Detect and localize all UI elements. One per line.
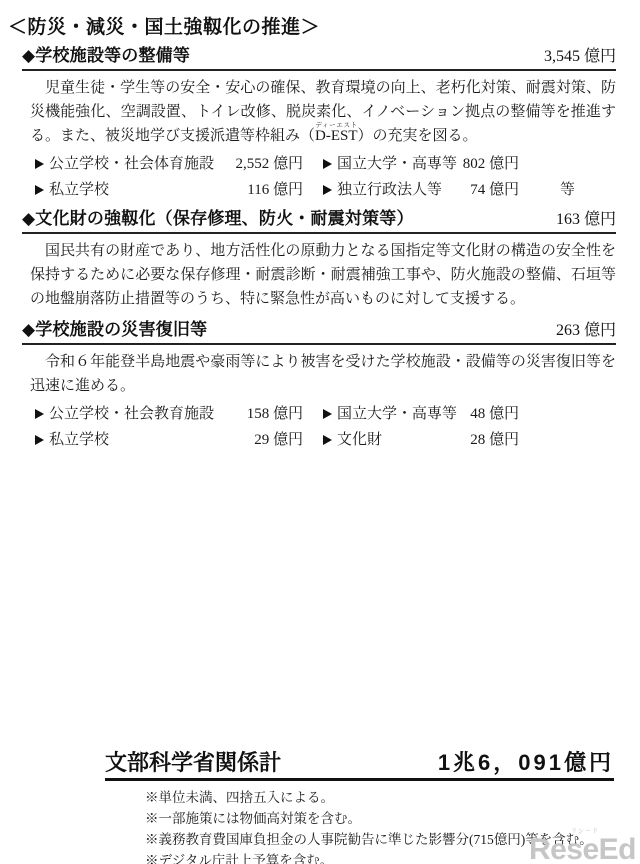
- item-amount: 74 億円: [442, 180, 519, 200]
- breakdown-item: 文化財 28 億円: [323, 430, 575, 450]
- arrowhead-bullet-icon: [35, 159, 44, 169]
- section-heading-row: ◆学校施設等の整備等 3,545 億円: [22, 46, 616, 71]
- item-label: 公立学校・社会体育施設: [49, 154, 214, 174]
- section-heading-row: ◆学校施設の災害復旧等 263 億円: [22, 320, 616, 345]
- footnote: ※単位未満、四捨五入による。: [145, 787, 616, 808]
- item-amount: 28 億円: [382, 430, 519, 450]
- section-amount: 3,545 億円: [544, 47, 616, 67]
- arrowhead-bullet-icon: [35, 435, 44, 445]
- breakdown-item: 国立大学・高専等 48 億円: [323, 404, 575, 424]
- reseed-watermark-text: ReseEd: [529, 836, 636, 863]
- section-heading: ◆学校施設の災害復旧等: [22, 320, 207, 340]
- arrowhead-bullet-icon: [35, 409, 44, 419]
- arrowhead-bullet-icon: [323, 185, 332, 195]
- item-amount: 116 億円: [109, 180, 303, 200]
- breakdown-item: 公立学校・社会体育施設 2,552 億円: [35, 154, 303, 174]
- body-text: ）の充実を図る。: [358, 128, 478, 144]
- arrowhead-bullet-icon: [323, 409, 332, 419]
- section-body: 国民共有の財産であり、地方活性化の原動力となる国指定等文化財の構造の安全性を保持…: [30, 239, 616, 311]
- section-heading: ◆文化財の強靱化（保存修理、防火・耐震対策等）: [22, 209, 414, 229]
- item-label: 国立大学・高専等: [337, 404, 457, 424]
- section-disaster-recovery: ◆学校施設の災害復旧等 263 億円 令和６年能登半島地震や豪雨等により被害を受…: [22, 320, 616, 450]
- dest-ruby-base: D-EST: [315, 128, 358, 144]
- budget-breakdown-list: 公立学校・社会教育施設 158 億円 国立大学・高専等 48 億円 私立学校 2…: [35, 404, 616, 450]
- item-label: 私立学校: [49, 430, 109, 450]
- item-label: 公立学校・社会教育施設: [49, 404, 214, 424]
- item-amount: 2,552 億円: [214, 154, 303, 174]
- breakdown-item: 国立大学・高専等 802 億円: [323, 154, 575, 174]
- dest-ruby-reading: ディーエスト: [315, 122, 358, 129]
- footnote: ※一部施策には物価高対策を含む。: [145, 808, 616, 829]
- item-amount: 48 億円: [457, 404, 519, 424]
- section-school-facility-improvement: ◆学校施設等の整備等 3,545 億円 児童生徒・学生等の安全・安心の確保、教育…: [22, 46, 616, 200]
- breakdown-item: 私立学校 116 億円: [35, 180, 303, 200]
- ministry-total-label: 文部科学省関係計: [105, 750, 281, 776]
- section-body: 令和６年能登半島地震や豪雨等により被害を受けた学校施設・設備等の災害復旧等を迅速…: [30, 350, 616, 398]
- item-label: 国立大学・高専等: [337, 154, 457, 174]
- section-body: 児童生徒・学生等の安全・安心の確保、教育環境の向上、老朽化対策、耐震対策、防災機…: [30, 76, 616, 148]
- item-amount: 802 億円: [457, 154, 519, 174]
- ministry-total-amount: 1兆6，091億円: [438, 750, 614, 776]
- ministry-total-row: 文部科学省関係計 1兆6，091億円: [105, 750, 614, 781]
- item-amount: 158 億円: [214, 404, 303, 424]
- reseed-watermark-logo: リシード ReseEd: [529, 829, 636, 863]
- dest-ruby: D-ESTディーエスト: [315, 128, 358, 144]
- budget-breakdown-list: 公立学校・社会体育施設 2,552 億円 国立大学・高専等 802 億円 私立学…: [35, 154, 616, 200]
- item-suffix: 等: [519, 180, 575, 200]
- section-amount: 163 億円: [556, 210, 616, 230]
- breakdown-item: 私立学校 29 億円: [35, 430, 303, 450]
- page-title: ＜防災・減災・国土強靱化の推進＞: [8, 16, 616, 40]
- section-heading: ◆学校施設等の整備等: [22, 46, 190, 66]
- breakdown-item: 公立学校・社会教育施設 158 億円: [35, 404, 303, 424]
- breakdown-item: 独立行政法人等 74 億円 等: [323, 180, 575, 200]
- document-page: ＜防災・減災・国土強靱化の推進＞ ◆学校施設等の整備等 3,545 億円 児童生…: [0, 0, 640, 864]
- section-amount: 263 億円: [556, 321, 616, 341]
- item-label: 私立学校: [49, 180, 109, 200]
- item-amount: 29 億円: [109, 430, 303, 450]
- section-heading-row: ◆文化財の強靱化（保存修理、防火・耐震対策等） 163 億円: [22, 209, 616, 234]
- arrowhead-bullet-icon: [323, 159, 332, 169]
- arrowhead-bullet-icon: [323, 435, 332, 445]
- section-cultural-property-resilience: ◆文化財の強靱化（保存修理、防火・耐震対策等） 163 億円 国民共有の財産であ…: [22, 209, 616, 311]
- item-label: 独立行政法人等: [337, 180, 442, 200]
- arrowhead-bullet-icon: [35, 185, 44, 195]
- item-label: 文化財: [337, 430, 382, 450]
